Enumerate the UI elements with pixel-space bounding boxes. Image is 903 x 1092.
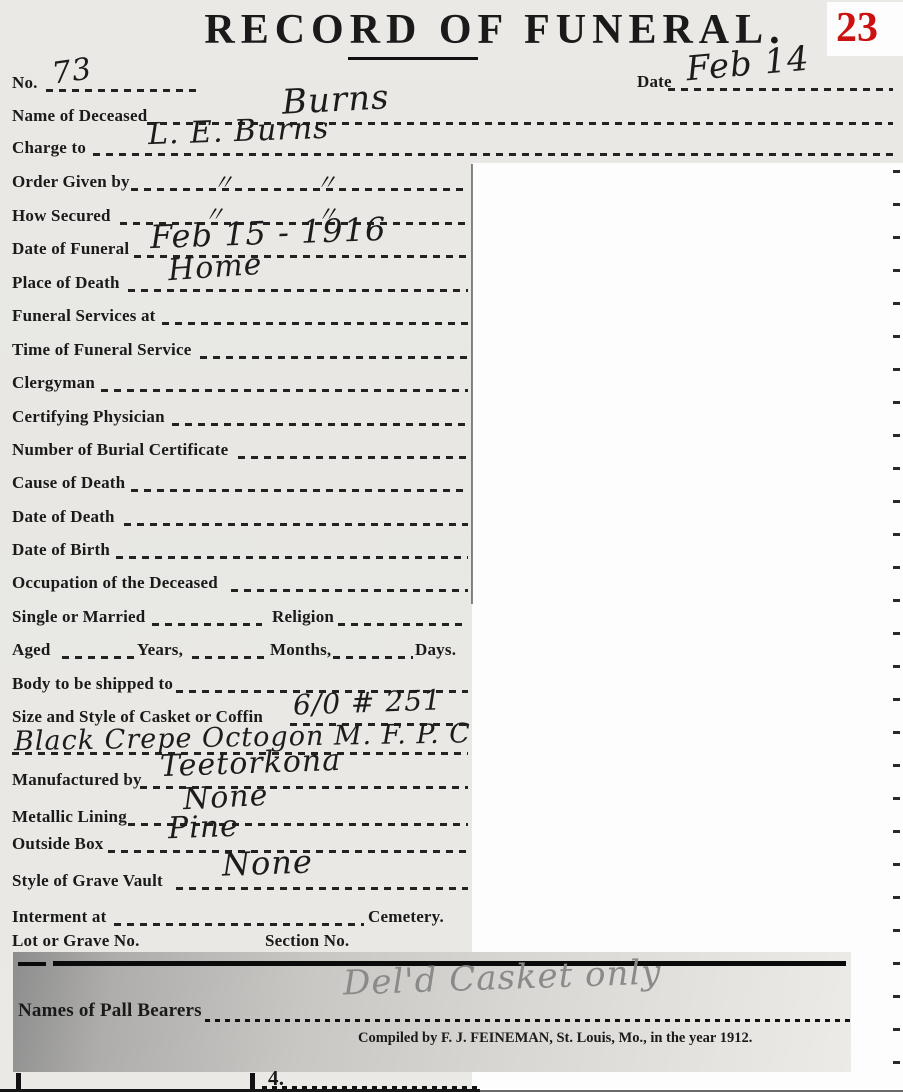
field-label-days: Days.: [415, 640, 456, 660]
dotted-line: [131, 489, 468, 492]
field-label-section-no: Section No.: [265, 931, 349, 951]
field-label-date: Date: [637, 72, 672, 92]
dotted-line: [205, 1019, 855, 1022]
field-label-how-secured: How Secured: [12, 206, 111, 226]
field-value-date-of-funeral: Feb 15 - 1916: [149, 210, 387, 256]
page-number: 23: [836, 4, 878, 52]
field-label-cemetery: Cemetery.: [368, 907, 444, 927]
dotted-line: [231, 589, 468, 592]
scan-fold-line: [471, 164, 473, 604]
dotted-line: [238, 456, 468, 459]
field-label-years: Years,: [137, 640, 183, 660]
field-label-date-of-funeral: Date of Funeral: [12, 239, 129, 259]
title-underline: [348, 57, 478, 60]
dotted-line: [338, 623, 468, 626]
field-label-aged: Aged: [12, 640, 51, 660]
dotted-line: [668, 88, 893, 91]
field-label-style-of-grave-vault: Style of Grave Vault: [12, 871, 163, 891]
field-label-time-of-funeral-service: Time of Funeral Service: [12, 340, 191, 360]
field-label-date-of-birth: Date of Birth: [12, 540, 110, 560]
field-label-body-to-be-shipped-to: Body to be shipped to: [12, 674, 173, 694]
field-value-casket-line1: 6/0 # 251: [292, 683, 442, 721]
field-label-no: No.: [12, 73, 38, 93]
field-label-lot-or-grave-no: Lot or Grave No.: [12, 931, 140, 951]
field-label-clergyman: Clergyman: [12, 373, 95, 393]
dotted-line: [131, 188, 468, 191]
dotted-line: [124, 523, 468, 526]
dotted-line: [116, 556, 468, 559]
compiled-by-credit: Compiled by F. J. FEINEMAN, St. Louis, M…: [358, 1030, 752, 1047]
field-label-pall-bearers: Names of Pall Bearers: [18, 1000, 202, 1022]
field-label-outside-box: Outside Box: [12, 834, 103, 854]
dotted-line: [162, 322, 468, 325]
field-value-no: 73: [50, 51, 95, 91]
field-label-interment-at: Interment at: [12, 907, 106, 927]
dotted-line: [93, 153, 893, 156]
field-label-charge-to: Charge to: [12, 138, 86, 158]
dotted-line: [101, 389, 468, 392]
field-value-outside-box: Pine: [167, 809, 239, 846]
field-label-place-of-death: Place of Death: [12, 273, 120, 293]
field-label-cause-of-death: Cause of Death: [12, 473, 125, 493]
field-label-name-of-deceased: Name of Deceased: [12, 106, 147, 126]
field-value-place-of-death: Home: [167, 247, 264, 289]
funeral-record-page: RECORD OF FUNERAL. 23 No. 73 Date Feb 14…: [0, 0, 903, 1092]
field-label-religion: Religion: [272, 607, 334, 627]
field-label-months: Months,: [270, 640, 331, 660]
adjacent-page-dash-edge: [893, 170, 900, 1085]
field-label-date-of-death: Date of Death: [12, 507, 115, 527]
field-label-order-given-by: Order Given by: [12, 172, 130, 192]
field-label-metallic-lining: Metallic Lining: [12, 807, 127, 827]
dotted-line: [200, 356, 468, 359]
field-label-manufactured-by: Manufactured by: [12, 770, 142, 790]
rule-segment: [18, 962, 46, 966]
ditto-mark: 〃: [315, 166, 338, 197]
field-label-number-of-burial-certificate: Number of Burial Certificate: [12, 440, 228, 460]
field-label-occupation: Occupation of the Deceased: [12, 573, 218, 593]
overlay-scan-strip: Del'd Casket only Names of Pall Bearers …: [13, 952, 851, 1072]
field-label-certifying-physician: Certifying Physician: [12, 407, 165, 427]
dotted-line: [62, 656, 135, 659]
field-label-funeral-services-at: Funeral Services at: [12, 306, 156, 326]
dotted-line: [333, 656, 413, 659]
dotted-line: [128, 289, 468, 292]
field-label-single-or-married: Single or Married: [12, 607, 145, 627]
field-value-style-of-grave-vault: None: [221, 842, 313, 883]
dotted-line: [176, 887, 468, 890]
dotted-line: [114, 923, 364, 926]
dotted-line: [192, 656, 268, 659]
field-value-charge-to: L. E. Burns: [147, 111, 330, 152]
dotted-line: [172, 423, 468, 426]
dotted-line: [152, 623, 262, 626]
ditto-mark: 〃: [212, 166, 235, 197]
